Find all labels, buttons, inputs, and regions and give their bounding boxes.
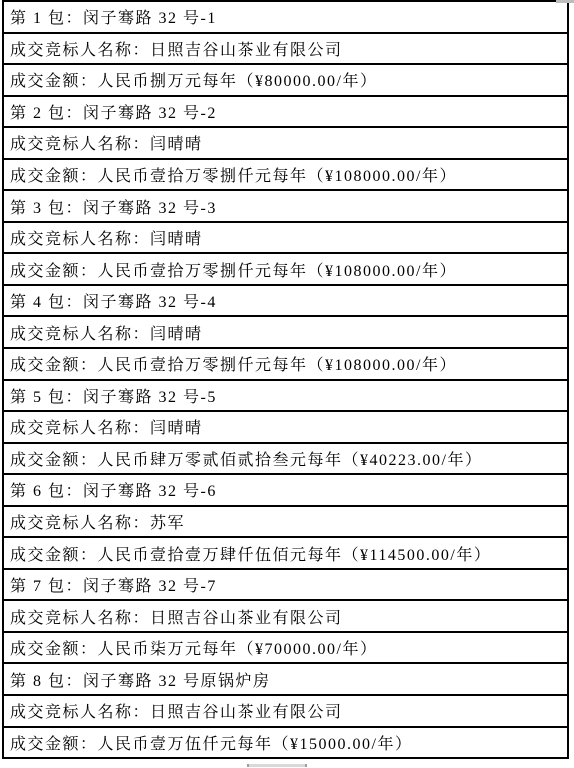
- package-8-bidder-row: 成交竞标人名称：日照吉谷山茶业有限公司: [4, 696, 567, 728]
- package-4-amount-row: 成交金额：人民币壹拾万零捌仟元每年（¥108000.00/年）: [4, 349, 567, 381]
- package-3-amount-row: 成交金额：人民币壹拾万零捌仟元每年（¥108000.00/年）: [4, 254, 567, 286]
- package-3-title-row: 第 3 包：闵子骞路 32 号-3: [4, 191, 567, 223]
- package-8-amount-row: 成交金额：人民币壹万伍仟元每年（¥15000.00/年）: [4, 728, 567, 758]
- bid-results-table: 第 1 包：闵子骞路 32 号-1 成交竞标人名称：日照吉谷山茶业有限公司 成交…: [2, 0, 569, 759]
- package-1-bidder-row: 成交竞标人名称：日照吉谷山茶业有限公司: [4, 34, 567, 66]
- package-8-title-row: 第 8 包：闵子骞路 32 号原锅炉房: [4, 664, 567, 696]
- package-5-bidder-row: 成交竞标人名称：闫晴晴: [4, 412, 567, 444]
- package-2-amount-row: 成交金额：人民币壹拾万零捌仟元每年（¥108000.00/年）: [4, 160, 567, 192]
- package-7-bidder-row: 成交竞标人名称：日照吉谷山茶业有限公司: [4, 601, 567, 633]
- ui-fragment-bottom: [247, 764, 307, 767]
- package-1-title-row: 第 1 包：闵子骞路 32 号-1: [4, 2, 567, 34]
- package-2-title-row: 第 2 包：闵子骞路 32 号-2: [4, 97, 567, 129]
- package-5-title-row: 第 5 包：闵子骞路 32 号-5: [4, 381, 567, 413]
- package-5-amount-row: 成交金额：人民币肆万零贰佰贰拾叁元每年（¥40223.00/年）: [4, 444, 567, 476]
- scrollbar-fragment[interactable]: [556, 0, 574, 3]
- package-3-bidder-row: 成交竞标人名称：闫晴晴: [4, 223, 567, 255]
- package-4-bidder-row: 成交竞标人名称：闫晴晴: [4, 317, 567, 349]
- package-2-bidder-row: 成交竞标人名称：闫晴晴: [4, 128, 567, 160]
- package-4-title-row: 第 4 包：闵子骞路 32 号-4: [4, 286, 567, 318]
- package-7-title-row: 第 7 包：闵子骞路 32 号-7: [4, 570, 567, 602]
- package-7-amount-row: 成交金额：人民币柒万元每年（¥70000.00/年）: [4, 633, 567, 665]
- package-1-amount-row: 成交金额：人民币捌万元每年（¥80000.00/年）: [4, 65, 567, 97]
- package-6-bidder-row: 成交竞标人名称：苏军: [4, 507, 567, 539]
- package-6-amount-row: 成交金额：人民币壹拾壹万肆仟伍佰元每年（¥114500.00/年）: [4, 538, 567, 570]
- package-6-title-row: 第 6 包：闵子骞路 32 号-6: [4, 475, 567, 507]
